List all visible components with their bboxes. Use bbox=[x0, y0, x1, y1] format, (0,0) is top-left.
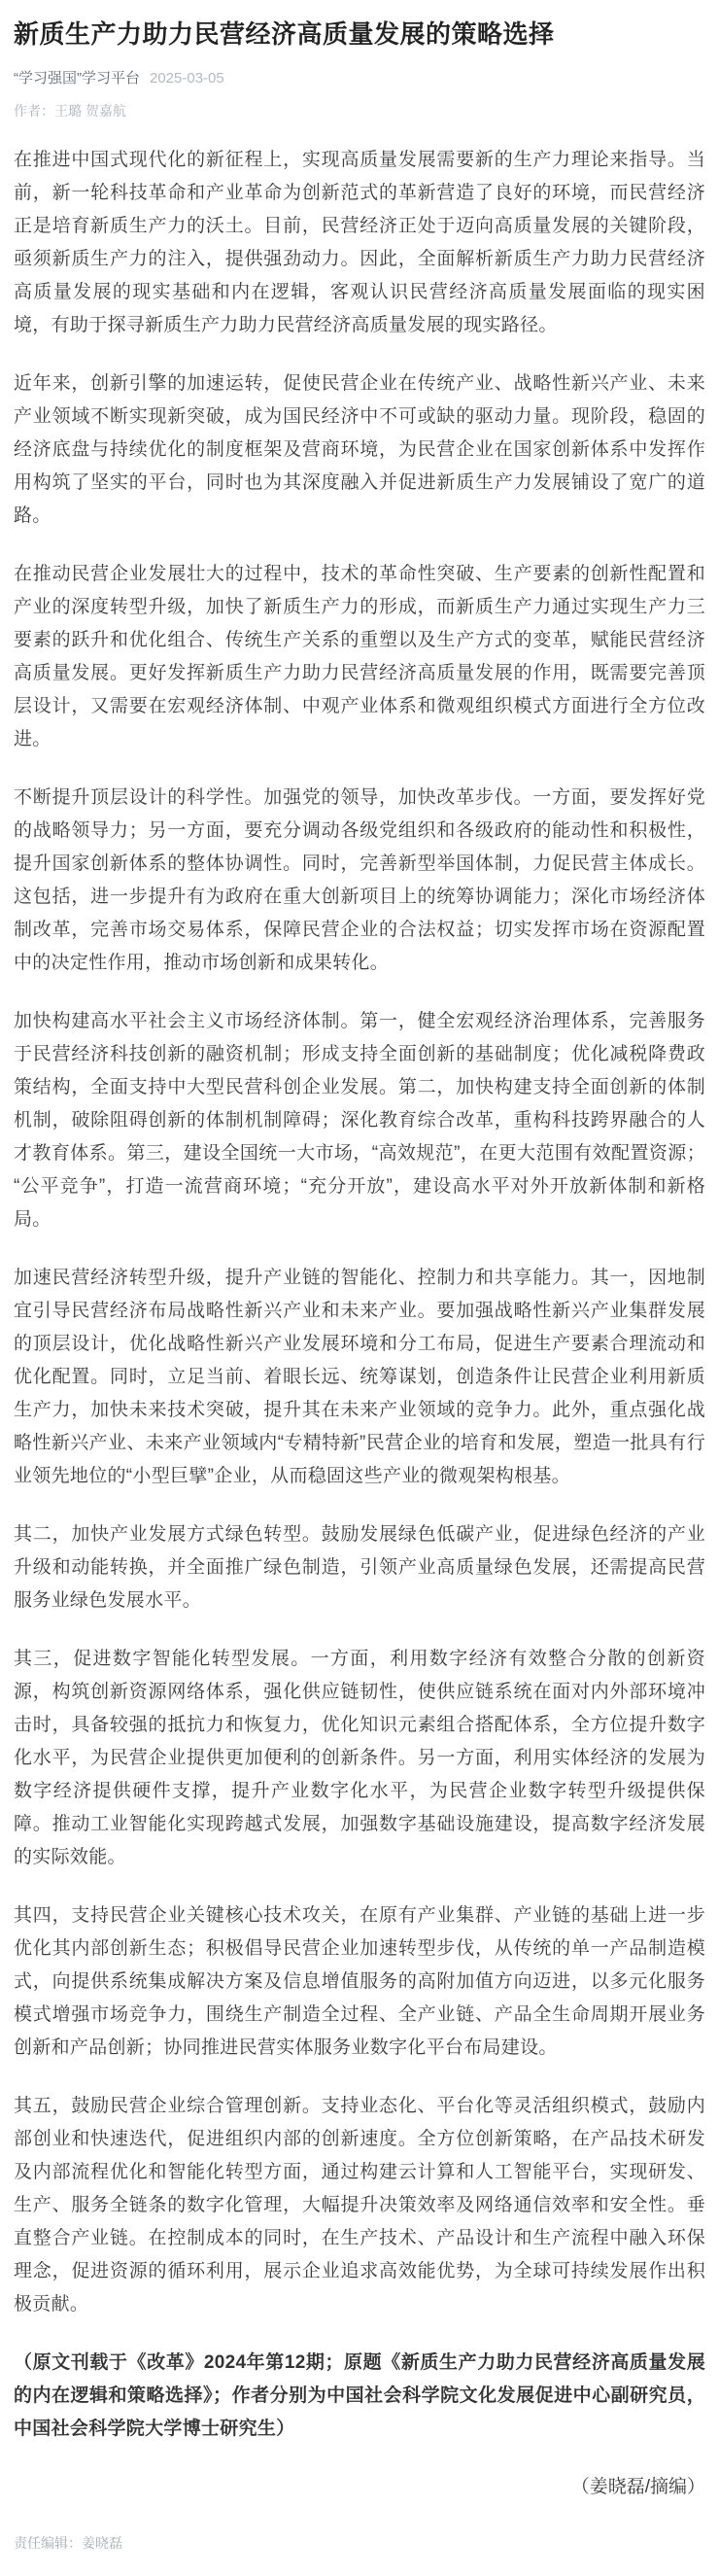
article-meta: “学习强国”学习平台 2025-03-05 bbox=[14, 67, 705, 87]
paragraph: 其四，支持民营企业关键核心技术攻关，在原有产业集群、产业链的基础上进一步优化其内… bbox=[14, 1899, 705, 2065]
paragraph: 不断提升顶层设计的科学性。加强党的领导，加快改革步伐。一方面，要发挥好党的战略领… bbox=[14, 782, 705, 980]
paragraph: 其二，加快产业发展方式绿色转型。鼓励发展绿色低碳产业，促进绿色经济的产业升级和动… bbox=[14, 1518, 705, 1618]
page-title: 新质生产力助力民营经济高质量发展的策略选择 bbox=[14, 17, 705, 52]
author-line: 作者：王璐 贺嘉航 bbox=[14, 101, 705, 121]
paragraph: 其三，促进数字智能化转型发展。一方面，利用数字经济有效整合分散的创新资源，构筑创… bbox=[14, 1643, 705, 1874]
citation-paragraph: （原文刊载于《改革》2024年第12期；原题《新质生产力助力民营经济高质量发展的… bbox=[14, 2347, 705, 2446]
paragraph: 近年来，创新引擎的加速运转，促使民营企业在传统产业、战略性新兴产业、未来产业领域… bbox=[14, 367, 705, 533]
source-name: “学习强国”学习平台 bbox=[14, 67, 140, 87]
editor-credit: （姜晓磊/摘编） bbox=[14, 2471, 705, 2504]
paragraph: 其五，鼓励民营企业综合管理创新。支持业态化、平台化等灵活组织模式，鼓励内部创业和… bbox=[14, 2090, 705, 2321]
paragraph: 加快构建高水平社会主义市场经济体制。第一，健全宏观经济治理体系，完善服务于民营经… bbox=[14, 1005, 705, 1236]
article-body: 在推进中国式现代化的新征程上，实现高质量发展需要新的生产力理论来指导。当前，新一… bbox=[14, 144, 705, 2321]
paragraph: 在推动民营企业发展壮大的过程中，技术的革命性突破、生产要素的创新性配置和产业的深… bbox=[14, 558, 705, 756]
responsible-editor-line: 责任编辑：姜晓磊 bbox=[14, 2533, 705, 2553]
publish-date: 2025-03-05 bbox=[150, 70, 224, 87]
paragraph: 加速民营经济转型升级，提升产业链的智能化、控制力和共享能力。其一，因地制宜引导民… bbox=[14, 1262, 705, 1493]
paragraph: 在推进中国式现代化的新征程上，实现高质量发展需要新的生产力理论来指导。当前，新一… bbox=[14, 144, 705, 342]
article-page: 新质生产力助力民营经济高质量发展的策略选择 “学习强国”学习平台 2025-03… bbox=[0, 0, 719, 2576]
